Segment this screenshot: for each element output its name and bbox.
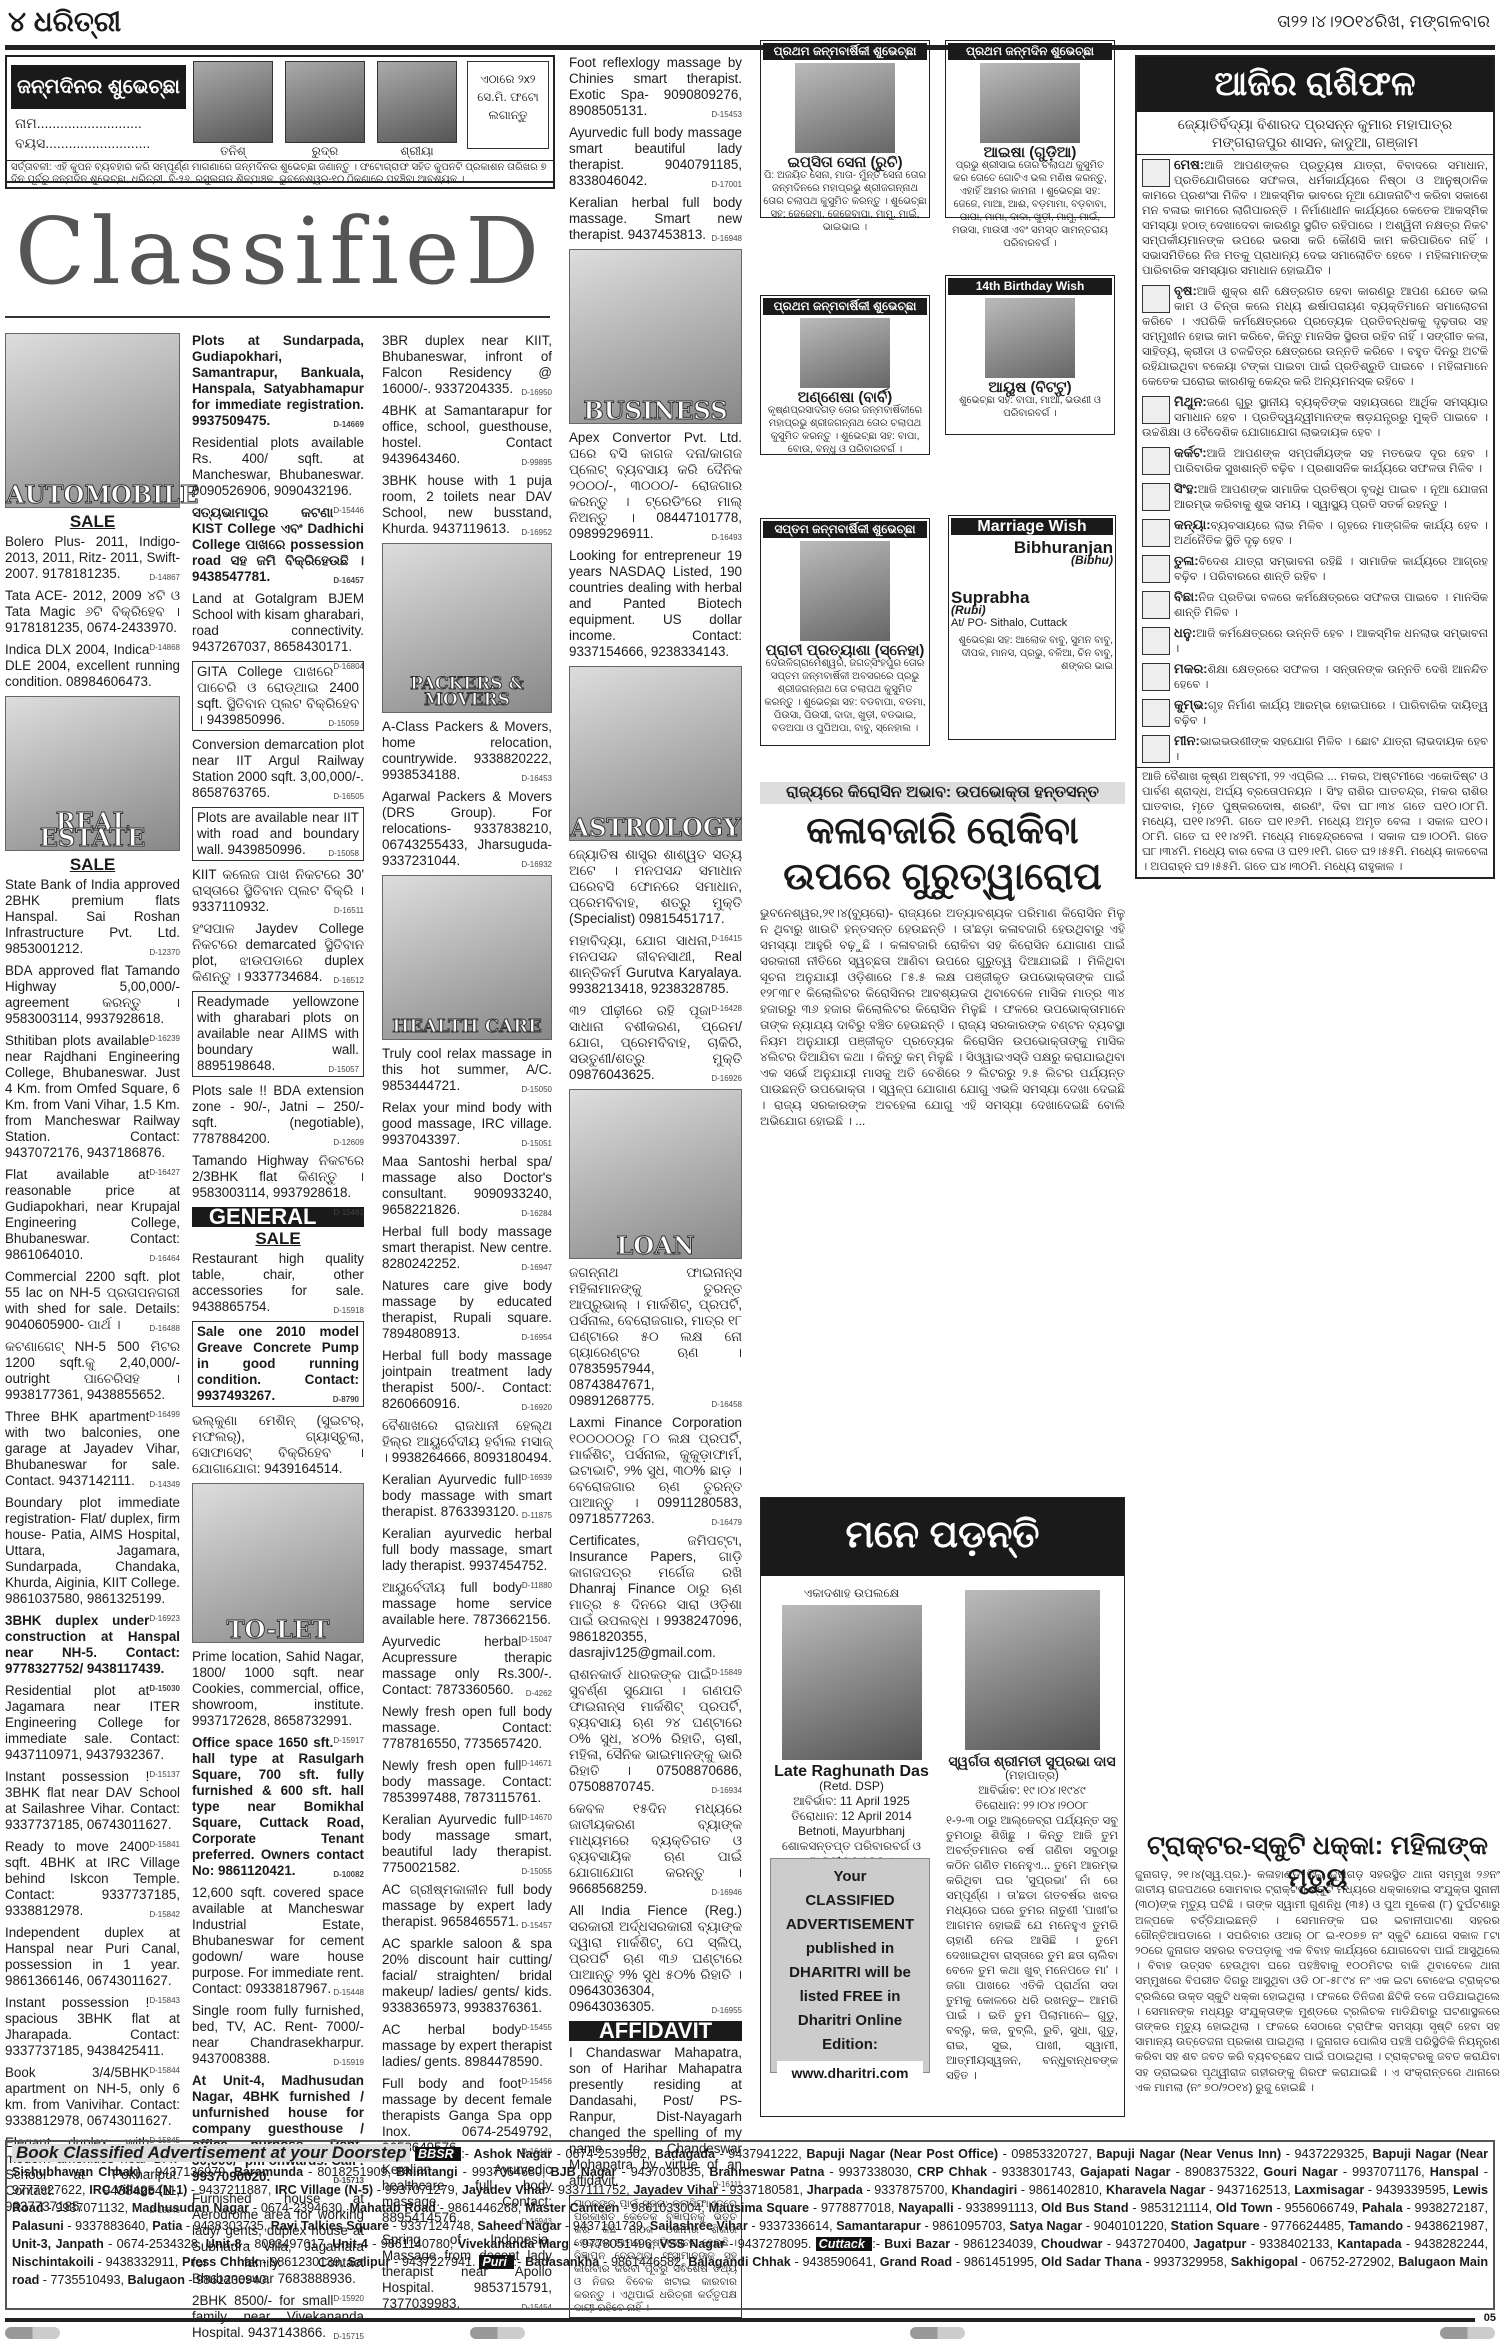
news-body: ଭୁବନେଶ୍ୱର,୨୧।୪(ବ୍ୟୁରୋ)- ରାଜ୍ୟରେ ଅତ୍ୟାବଶ୍… <box>760 905 1125 1129</box>
classified-ad: AC ଗ୍ରୀଷ୍ମକାଳୀନ full body massage by exp… <box>382 1882 552 1930</box>
scroll-pill <box>470 2327 525 2339</box>
wish-box: ପ୍ରଥମ ଜନ୍ମଦିନ ଶୁଭେଚ୍ଛା ଆଇଷା (ଗୁଡ଼ିଆ)ପ୍ରଭ… <box>945 40 1115 218</box>
classified-ad: Agarwal Packers & Movers (DRS Group). Fo… <box>382 789 552 869</box>
wish-box: ପ୍ରଥମ ଜନ୍ମବାର୍ଷିକୀ ଶୁଭେଚ୍ଛା ଅଣ୍ଣେଷା (ବାର… <box>760 295 930 455</box>
zodiac-sign: ଧନୁ:ଆଜି କର୍ମକ୍ଷେତ୍ରରେ ଉନ୍ନତି ହେବ । ଆକସ୍ମ… <box>1137 623 1493 659</box>
packers-image: PACKERS & MOVERS <box>382 543 552 713</box>
zodiac-icon <box>1142 735 1170 763</box>
panjika: ଆଜି ବୈଶାଖ କୃଷ୍ଣ ଅଷ୍ଟମୀ, ୨୨ ଏପ୍ରିଲ ... ମକ… <box>1137 767 1493 877</box>
classified-ad: KIIT କଲେଜ ପାଖ ନିକଟରେ 30' ରାସ୍ତାରେ ସ୍ଥିତି… <box>192 867 364 915</box>
zodiac-icon <box>1142 519 1170 547</box>
header-rule <box>5 45 1495 50</box>
zodiac-sign: କନ୍ୟା:ବ୍ୟବସାୟରେ ଲାଭ ମିଳିବ । ଗୃହରେ ମାଙ୍ଗଳ… <box>1137 515 1493 551</box>
memorial-title: ମନେ ପଡ଼ନ୍ତି <box>761 1498 1124 1576</box>
classified-ad: Laxmi Finance Corporation ୧୦୦୦୦୦ରୁ ୮୦ ଲକ… <box>569 1415 742 1527</box>
zodiac-sign: ମେଷ:ଆଜି ଆପଣଙ୍କର ପ୍ରତ୍ୟୁଷ ଯାତ୍ରା, ବିବାଦରେ… <box>1137 155 1493 281</box>
portrait-photo <box>965 1590 1100 1750</box>
classified-ad: ବୈଶାଖରେ ରାଜଧାନୀ ହେଲ୍‌ଥ ହିଲ୍‌ର ଆୟୁର୍ବେଦୀୟ… <box>382 1418 552 1466</box>
classified-ad: Plots sale !! BDA extension zone - 90/-,… <box>192 1083 364 1147</box>
horoscope-title: ଆଜିର ରାଶିଫଳ <box>1137 57 1493 112</box>
region-tag: Puri <box>479 2255 513 2269</box>
zodiac-sign: ମୀନ:ଭାଇଭଉଣୀଙ୍କ ସହଯୋଗ ମିଳିବ । ଛୋଟ ଯାତ୍ରା … <box>1137 731 1493 767</box>
classified-ad: BDA approved flat Tamando Highway 5,00,0… <box>5 963 180 1027</box>
classified-ad: Relax your mind body with good massage, … <box>382 1100 552 1148</box>
zodiac-sign: ତୁଳା:ବିଦେଶ ଯାତ୍ରା ସମ୍ଭାବନା ରହିଛି । ସାମାଜ… <box>1137 551 1493 587</box>
dharitri-url[interactable]: www.dharitri.com <box>777 2061 923 2085</box>
zodiac-sign: ମିଥୁନ:ଜଣେ ଗୁରୁ ସ୍ଥାନୀୟ ବ୍ୟକ୍ତିଙ୍କ ସହାୟତା… <box>1137 392 1493 443</box>
wish-box: 14th Birthday Wish ଆୟୁଷ (ବିଟ୍ଟୁ)ଶୁଭେଚ୍ଛା… <box>945 275 1115 435</box>
page-number: 05 <box>1484 2312 1496 2324</box>
page-label: ୪ ଧରିତ୍ରୀ <box>8 6 121 39</box>
zodiac-icon <box>1142 159 1170 187</box>
classified-ad: Prime location, Sahid Nagar, 1800/ 1000 … <box>192 1649 364 1729</box>
classified-ad: Independent duplex at Hanspal near Puri … <box>5 1925 180 1989</box>
classified-ad: Apex Convertor Pvt. Ltd. ଘରେ ବସି କାଗଜ ଦନ… <box>569 430 742 542</box>
online-edition-promo: YourCLASSIFIEDADVERTISEMENTpublished inD… <box>770 1858 930 2073</box>
page-date: ତା୨୨।୪।୨୦୧୪ରିଖ, ମଙ୍ଗଳବାର <box>1277 12 1490 32</box>
zodiac-sign: କର୍କଟ:ଆଜି ଆପଣଙ୍କ ସମ୍ପର୍କୀୟଙ୍କ ସହ ମତଭେଦ ଦ… <box>1137 443 1493 479</box>
zodiac-icon <box>1142 627 1170 655</box>
scroll-pill <box>910 2327 965 2339</box>
classified-ad: 3BHK house with 1 puja room, 2 toilets n… <box>382 473 552 537</box>
column-business-astrology-loan: Foot reflexlogy massage by Chinies smart… <box>569 55 742 2324</box>
coupon-title: ଜନ୍ମଦିନର ଶୁଭେଚ୍ଛା <box>11 65 186 109</box>
deceased-name: ସ୍ୱର୍ଗତା ଶ୍ରୀମତୀ ସୁପ୍ରଭା ଦାସ <box>946 1754 1118 1769</box>
classified-ad: AC sparkle saloon & spa 20% discount hai… <box>382 1936 552 2016</box>
column-packers-health: 3BR duplex near KIIT, Bhubaneswar, infro… <box>382 333 552 2318</box>
zodiac-icon <box>1142 483 1170 511</box>
zodiac-icon <box>1142 663 1170 691</box>
zodiac-sign: ମକର:ଶିକ୍ଷା କ୍ଷେତ୍ରରେ ସଫଳତା । ସନ୍ତାନଙ୍କ ଉ… <box>1137 659 1493 695</box>
horoscope-section: ଆଜିର ରାଶିଫଳ ଜ୍ୟୋତିର୍ବିଦ୍ୟା ବିଶାରଦ ପ୍ରସନ୍… <box>1135 55 1495 879</box>
zodiac-icon <box>1142 555 1170 583</box>
classified-ad: Newly fresh open full body massage. Cont… <box>382 1704 552 1752</box>
classified-ad: Bolero Plus- 2011, Indigo- 2013, 2011, R… <box>5 534 180 582</box>
classified-ad: Commercial 2200 sqft. plot 55 lac on NH-… <box>5 1269 180 1333</box>
classified-ad: Single room fully furnished, bed, TV, AC… <box>192 2003 364 2067</box>
coupon-terms: ସର୍ତ୍ତାବଳୀ: ଏହି କୁପନ ବ୍ୟବହାର କରି ସମ୍ପୂର୍… <box>5 160 555 189</box>
age-field: ବୟସ........................... <box>15 135 150 152</box>
classified-ad: Restaurant high quality table, chair, ot… <box>192 1251 364 1315</box>
classified-ad: Ayurvedic full body massage smart beauti… <box>569 125 742 189</box>
classified-ad: Foot reflexlogy massage by Chinies smart… <box>569 55 742 119</box>
classified-ad: Sthitiban plots available near Rajdhani … <box>5 1033 180 1161</box>
classified-ad: Tata ACE- 2012, 2009 ୪ଟି ଓ Tata Magic ୬ଟ… <box>5 588 180 636</box>
wish-box: ପ୍ରଥମ ଜନ୍ମବାର୍ଷିକୀ ଶୁଭେଚ୍ଛା ଇପ୍‌ସିତା ସେନ… <box>760 40 930 218</box>
classified-ad: Keralian ayurvedic herbal full body mass… <box>382 1526 552 1574</box>
scroll-pill <box>1440 2327 1495 2339</box>
photo-slot: ଏଠାରେ ୨x୨ ସେ.ମି. ଫଟୋ ଲଗାନ୍ତୁ <box>467 61 549 149</box>
classified-ad: Conversion demarcation plot near IIT Arg… <box>192 737 364 801</box>
classified-ad: ହଂସପାଳ Jaydev College ନିକଟରେ demarcated … <box>192 921 364 985</box>
classified-ad: Natures care give body massage by educat… <box>382 1278 552 1342</box>
portrait-photo <box>782 1605 922 1760</box>
affidavit-heading: AFFIDAVIT <box>569 2021 742 2041</box>
scroll-pill <box>5 2327 60 2339</box>
astrology-image: ASTROLOGY <box>569 666 742 841</box>
child-name: ରୁଦ୍ର <box>285 144 365 159</box>
loan-image: LOAN <box>569 1089 742 1259</box>
classified-ad: ରାଶନକାର୍ଡ ଧାରକଙ୍କ ପାଇଁ ସୁବର୍ଣ୍ଣ ସୁଯୋଗ । … <box>569 1667 742 1795</box>
classified-ad: Maa Santoshi herbal spa/ massage also Do… <box>382 1154 552 1218</box>
classified-ad: Certificates, ଜମିପଟ୍ଟା, Insurance Papers… <box>569 1533 742 1661</box>
region-tag: BBSR <box>415 2147 461 2161</box>
classified-ad: ଭଲ୍‌କୁଣା ମେଶିନ୍ (ସୁଇଟର୍, ମଫଲର୍), ଗ୍ୟାସ୍‌… <box>192 1413 364 1477</box>
classified-ad: Office space 1650 sft. hall type at Rasu… <box>192 1735 364 1879</box>
child-photo-2 <box>285 61 365 143</box>
news-headline: କଳାବଜାରି ରୋକିବା ଉପରେ ଗୁରୁତ୍ୱାରୋପ <box>760 808 1125 900</box>
classified-ad: Plots are available near IIT with road a… <box>192 807 364 861</box>
classified-ad: State Bank of India approved 2BHK premiu… <box>5 877 180 957</box>
zodiac-sign: ବୃଷ:ଆଜି ଶୁକ୍ର ଶନି କ୍ଷେତ୍ରଗତ ହେବା କାରଣରୁ … <box>1137 281 1493 392</box>
zodiac-icon <box>1142 447 1170 475</box>
tractor-body: ଜୁନାଗଡ଼, ୨୧।୪(ସ୍ୱ.ପ୍ର.)- କଳାହାଣ୍ଡି ଜିଲା … <box>1135 1868 1500 2096</box>
zodiac-icon <box>1142 699 1170 727</box>
zodiac-icon <box>1142 285 1170 313</box>
classified-ad: Land at Gotalgram BJEM School with kisam… <box>192 591 364 655</box>
classified-ad: 4BHK at Samantarapur for office, school,… <box>382 403 552 467</box>
sale-heading: SALE <box>192 1231 364 1247</box>
zodiac-sign: କୁମ୍ଭ:ଗୃହ ନିର୍ମାଣ କାର୍ଯ୍ୟ ଆରମ୍ଭ ହୋଇପାରେ … <box>1137 695 1493 731</box>
zodiac-icon <box>1142 396 1170 424</box>
child-name: ଶ୍ରୀୟା <box>377 144 457 159</box>
classified-ad: 3BR duplex near KIIT, Bhubaneswar, infro… <box>382 333 552 397</box>
classified-ad: ଜ୍ୟୋତିଷ ଶାସ୍ତ୍ର ଶାଶ୍ୱତ ସତ୍ୟ ଅଟେ । ମନପସନ୍… <box>569 847 742 927</box>
child-photo-1 <box>193 61 273 143</box>
classified-ad: Flat available at reasonable price at Gu… <box>5 1167 180 1263</box>
classified-ad: Truly cool relax massage in this hot sum… <box>382 1046 552 1094</box>
child-name: ତନିଶ୍ <box>193 144 273 159</box>
classified-ad: କେବଳ ୧୫ଦିନ ମଧ୍ୟରେ ଜାତୀୟକରଣ ବ୍ୟାଙ୍କ ମାଧ୍ୟ… <box>569 1801 742 1897</box>
automobile-image: AUTOMOBILE <box>5 333 180 508</box>
sale-heading: SALE <box>5 514 180 530</box>
child-photo-3 <box>377 61 457 143</box>
column-automobile-realestate: AUTOMOBILE SALE Bolero Plus- 2011, Indig… <box>5 333 180 2221</box>
classified-ad: 12,600 sqft. covered space available at … <box>192 1885 364 1997</box>
name-field: ନାମ........................... <box>15 115 142 132</box>
marriage-wish: Marriage Wish Bibhuranjan (Bibhu) Suprab… <box>948 515 1116 740</box>
realestate-image: REAL ESTATE <box>5 696 180 851</box>
news-kicker: ରାଜ୍ୟରେ କିରୋସିନ ଅଭାବ: ଉପଭୋକ୍ତା ହନ୍ତସନ୍ତ <box>760 782 1125 804</box>
column-plots-general-tolet: Plots at Sundarpada, Gudiapokhari, Saman… <box>192 333 364 2339</box>
zodiac-icon <box>1142 591 1170 619</box>
classified-ad: Sale one 2010 model Greave Concrete Pump… <box>192 1321 364 1407</box>
footer-rule <box>5 2318 1475 2322</box>
classified-ad: Readymade yellowzone with gharabari plot… <box>192 991 364 1077</box>
region-tag: Cuttack <box>816 2237 873 2251</box>
zodiac-sign: ସିଂହ:ଆଜି ଆପଣଙ୍କ ସାମାଜିକ ପ୍ରତିଷ୍ଠା ବୃଦ୍ଧି… <box>1137 479 1493 515</box>
classified-ad: Residential plots available Rs. 400/ sqf… <box>192 435 364 499</box>
tolet-image: TO-LET <box>192 1483 364 1643</box>
classified-ad: Keralian herbal full body massage. Smart… <box>569 195 742 243</box>
healthcare-image: HEALTH CARE <box>382 875 552 1040</box>
classified-ad: Plots at Sundarpada, Gudiapokhari, Saman… <box>192 333 364 429</box>
classified-ad: Tamando Highway ନିକଟରେ 2/3BHK flat କିଣନ୍… <box>192 1153 364 1201</box>
classified-ad: Boundary plot immediate registration- Fl… <box>5 1495 180 1607</box>
classified-logo: ClassifieD <box>5 188 550 318</box>
classified-ad: A-Class Packers & Movers, home relocatio… <box>382 719 552 783</box>
classified-ad: All India Fience (Reg.) ସରକାରୀ ଅର୍ଦ୍ଧସରକ… <box>569 1903 742 2015</box>
classified-ad: Looking for entrepreneur 19 years NASDAQ… <box>569 548 742 660</box>
classified-ad: Herbal full body massage smart therapist… <box>382 1224 552 1272</box>
zodiac-sign: ବିଛା:ନିଜ ପ୍ରତିଭା ବଳରେ କର୍ମକ୍ଷେତ୍ରରେ ସଫଳତ… <box>1137 587 1493 623</box>
business-image: BUSINESS <box>569 249 742 424</box>
classified-ad: ଜଗନ୍ନାଥ ଫାଇନାନ୍ସ ମହିଳାମାନଙ୍କୁ ତୁରନ୍ତ ଆପ୍… <box>569 1265 742 1409</box>
sale-heading: SALE <box>5 857 180 873</box>
classified-ad: Herbal full body massage jointpain treat… <box>382 1348 552 1412</box>
booking-title: Book Classified Advertisement at your Do… <box>12 2144 410 2162</box>
wish-box: ସପ୍ତମ ଜନ୍ମବାର୍ଷିକୀ ଶୁଭେଚ୍ଛା ପ୍ରାଚୀ ପ୍ରତ୍… <box>760 518 930 746</box>
booking-centres: Book Classified Advertisement at your Do… <box>5 2140 1495 2310</box>
deceased-name: Late Raghunath Das <box>769 1764 934 1779</box>
classified-ad: କଟଣାଗେଟ୍ NH-5 500 ମିଟର 1200 sqft.କୁ 2,40… <box>5 1339 180 1403</box>
